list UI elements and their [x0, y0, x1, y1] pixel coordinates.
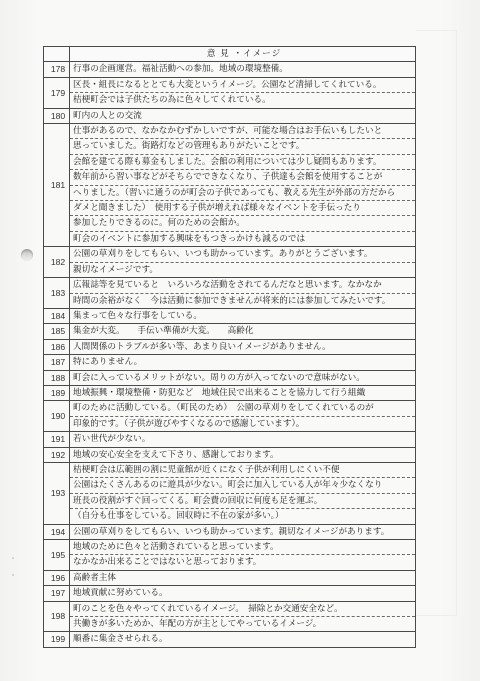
table-row: 190町のために活動している。（町民のため） 公園の草刈りをしてくれているのが [44, 401, 416, 416]
table-row: 公園はたくさんあるのに遊具が少ない。町会に加入している人が年々少なくなり [44, 478, 416, 493]
opinion-line: 桔梗町会は広範囲の割に児童館が近くになく子供が利用しにくい不便 [70, 462, 416, 477]
header-number [44, 47, 70, 62]
table-row: ダメと聞きました） 使用する子供が増えれば様々なイベントを手伝ったり [44, 201, 416, 216]
row-number: 186 [44, 339, 70, 354]
opinion-line: 親切なイメージです。 [70, 262, 416, 277]
row-number: 197 [44, 586, 70, 601]
row-number: 178 [44, 62, 70, 77]
paper-speck [12, 557, 14, 559]
table-row: 187特にありません。 [44, 355, 416, 370]
opinion-line: 町内の人との交流 [70, 108, 416, 123]
row-number: 192 [44, 447, 70, 462]
table-row: 198町のことを色々やってくれているイメージ。 掃除とか交通安全など。 [44, 601, 416, 616]
opinion-line: 地域振興・環境整備・防犯など 地域住民で出来ることを協力して行う組織 [70, 385, 416, 400]
table-row: 思っていました。街路灯などの管理もありがたいことです。 [44, 139, 416, 154]
opinion-line: 地域貢献に努めている。 [70, 586, 416, 601]
table-row: 194公園の草刈りをしてもらい、いつも助かっています。親切なイメージがあります。 [44, 524, 416, 539]
table-row: 印象的です。（子供が遊びやすくなるので感謝しています）。 [44, 416, 416, 431]
row-number: 181 [44, 124, 70, 247]
table-row: へりました。（習いに通うのが町会の子供であっても、教える先生が外部の方だから [44, 185, 416, 200]
table-row: 178行事の企画運営。福祉活動への参加。地域の環境整備。 [44, 62, 416, 77]
table-row: 188町会に入っているメリットがない。周りの方が入ってないので意味がない。 [44, 370, 416, 385]
row-number: 193 [44, 462, 70, 524]
table-row: 179区長・組長になるととても大変というイメージ。公園など清掃してくれている。 [44, 77, 416, 92]
table-row: 桔梗町会では子供たちの為に色々してくれている。 [44, 93, 416, 108]
opinion-line: 公園の草刈りをしてもらい、いつも助かっています。ありがとうございます。 [70, 247, 416, 262]
punch-hole [21, 249, 33, 261]
opinion-line: 特にありません。 [70, 355, 416, 370]
table-row: 181仕事があるので、なかなかむずかしいですが、可能な場合はお手伝いもしたいと [44, 124, 416, 139]
table-row: （自分も仕事をしている。回収時に不在の家が多い。） [44, 509, 416, 524]
opinion-line: 行事の企画運営。福祉活動への参加。地域の環境整備。 [70, 62, 416, 77]
row-number: 196 [44, 570, 70, 585]
table-header-row: 意 見 ・イメージ [44, 47, 416, 62]
opinion-line: 区長・組長になるととても大変というイメージ。公園など清掃してくれている。 [70, 77, 416, 92]
row-number: 185 [44, 324, 70, 339]
opinion-line: 仕事があるので、なかなかむずかしいですが、可能な場合はお手伝いもしたいと [70, 124, 416, 139]
table-row: 192地域の安心安全を支えて下さり、感謝しております。 [44, 447, 416, 462]
table-row: 196高齢者主体 [44, 570, 416, 585]
table-row: 185集金が大変。 手伝い準備が大変。 高齢化 [44, 324, 416, 339]
opinion-line: 思っていました。街路灯などの管理もありがたいことです。 [70, 139, 416, 154]
opinion-line: 町会に入っているメリットがない。周りの方が入ってないので意味がない。 [70, 370, 416, 385]
paper-speck [12, 574, 14, 576]
opinion-line: 集金が大変。 手伝い準備が大変。 高齢化 [70, 324, 416, 339]
table-row: 189地域振興・環境整備・防犯など 地域住民で出来ることを協力して行う組織 [44, 385, 416, 400]
header-opinion: 意 見 ・イメージ [70, 47, 416, 62]
opinion-line: 桔梗町会では子供たちの為に色々してくれている。 [70, 93, 416, 108]
opinion-line: 地域のために色々と活動されていると思っています。 [70, 540, 416, 555]
table-row: 199順番に集金させられる。 [44, 632, 416, 647]
table-row: 184集まって色々な行事をしている。 [44, 308, 416, 323]
row-number: 190 [44, 401, 70, 432]
row-number: 189 [44, 385, 70, 400]
table-row: 195地域のために色々と活動されていると思っています。 [44, 540, 416, 555]
table-row: 共働きが多いためか、年配の方が主としてやっているイメージ。 [44, 617, 416, 632]
table-row: なかなか出来ることではないと思っております。 [44, 555, 416, 570]
opinion-line: 地域の安心安全を支えて下さり、感謝しております。 [70, 447, 416, 462]
opinion-line: なかなか出来ることではないと思っております。 [70, 555, 416, 570]
opinion-line: 数年前から習い事などがそちらでできなくなり、子供達も会館を使用することが [70, 170, 416, 185]
opinion-line: 公園はたくさんあるのに遊具が少ない。町会に加入している人が年々少なくなり [70, 478, 416, 493]
opinion-line: 町のために活動している。（町民のため） 公園の草刈りをしてくれているのが [70, 401, 416, 416]
row-number: 191 [44, 432, 70, 447]
opinion-table: 意 見 ・イメージ 178行事の企画運営。福祉活動への参加。地域の環境整備。17… [43, 46, 416, 648]
row-number: 183 [44, 278, 70, 309]
opinion-line: 班長の役割がすぐ回ってくる。町会費の回収に何度も足を運ぶ。 [70, 493, 416, 508]
opinion-line: 参加したりできるのに。何のための会館か。 [70, 216, 416, 231]
table-row: 186人間関係のトラブルが多い等、あまり良いイメージがありません。 [44, 339, 416, 354]
row-number: 194 [44, 524, 70, 539]
table-row: 時間の余裕がなく 今は活動に参加できませんが将来的には参加してみたいです。 [44, 293, 416, 308]
opinion-line: ダメと聞きました） 使用する子供が増えれば様々なイベントを手伝ったり [70, 201, 416, 216]
table-row: 参加したりできるのに。何のための会館か。 [44, 216, 416, 231]
table-row: 193桔梗町会は広範囲の割に児童館が近くになく子供が利用しにくい不便 [44, 462, 416, 477]
row-number: 195 [44, 540, 70, 571]
show-through-table [416, 30, 457, 616]
opinion-line: 高齢者主体 [70, 570, 416, 585]
row-number: 184 [44, 308, 70, 323]
table-row: 183広報誌等を見ていると いろいろな活動をされてるんだなと思います。なかなか [44, 278, 416, 293]
row-number: 187 [44, 355, 70, 370]
opinion-line: へりました。（習いに通うのが町会の子供であっても、教える先生が外部の方だから [70, 185, 416, 200]
table-row: 町会のイベントに参加する興味をもつきっかけも減るのでは [44, 231, 416, 246]
table-row: 班長の役割がすぐ回ってくる。町会費の回収に何度も足を運ぶ。 [44, 493, 416, 508]
opinion-line: （自分も仕事をしている。回収時に不在の家が多い。） [70, 509, 416, 524]
opinion-line: 公園の草刈りをしてもらい、いつも助かっています。親切なイメージがあります。 [70, 524, 416, 539]
opinion-line: 町会のイベントに参加する興味をもつきっかけも減るのでは [70, 231, 416, 246]
opinion-line: 共働きが多いためか、年配の方が主としてやっているイメージ。 [70, 617, 416, 632]
table-row: 197地域貢献に努めている。 [44, 586, 416, 601]
opinion-line: 印象的です。（子供が遊びやすくなるので感謝しています）。 [70, 416, 416, 431]
table-body: 178行事の企画運営。福祉活動への参加。地域の環境整備。179区長・組長になると… [44, 62, 416, 647]
opinion-line: 若い世代が少ない。 [70, 432, 416, 447]
row-number: 198 [44, 601, 70, 632]
opinion-line: 町のことを色々やってくれているイメージ。 掃除とか交通安全など。 [70, 601, 416, 616]
opinion-line: 会館を建てる際も募金もしました。会館の利用については少し疑問もあります。 [70, 154, 416, 169]
table-row: 180町内の人との交流 [44, 108, 416, 123]
row-number: 182 [44, 247, 70, 278]
row-number: 179 [44, 77, 70, 108]
table-row: 親切なイメージです。 [44, 262, 416, 277]
opinion-line: 順番に集金させられる。 [70, 632, 416, 647]
table-row: 182公園の草刈りをしてもらい、いつも助かっています。ありがとうございます。 [44, 247, 416, 262]
opinion-line: 人間関係のトラブルが多い等、あまり良いイメージがありません。 [70, 339, 416, 354]
row-number: 188 [44, 370, 70, 385]
table-row: 数年前から習い事などがそちらでできなくなり、子供達も会館を使用することが [44, 170, 416, 185]
row-number: 199 [44, 632, 70, 647]
row-number: 180 [44, 108, 70, 123]
table-row: 会館を建てる際も募金もしました。会館の利用については少し疑問もあります。 [44, 154, 416, 169]
opinion-line: 広報誌等を見ていると いろいろな活動をされてるんだなと思います。なかなか [70, 278, 416, 293]
opinion-line: 集まって色々な行事をしている。 [70, 308, 416, 323]
opinion-line: 時間の余裕がなく 今は活動に参加できませんが将来的には参加してみたいです。 [70, 293, 416, 308]
table-row: 191若い世代が少ない。 [44, 432, 416, 447]
